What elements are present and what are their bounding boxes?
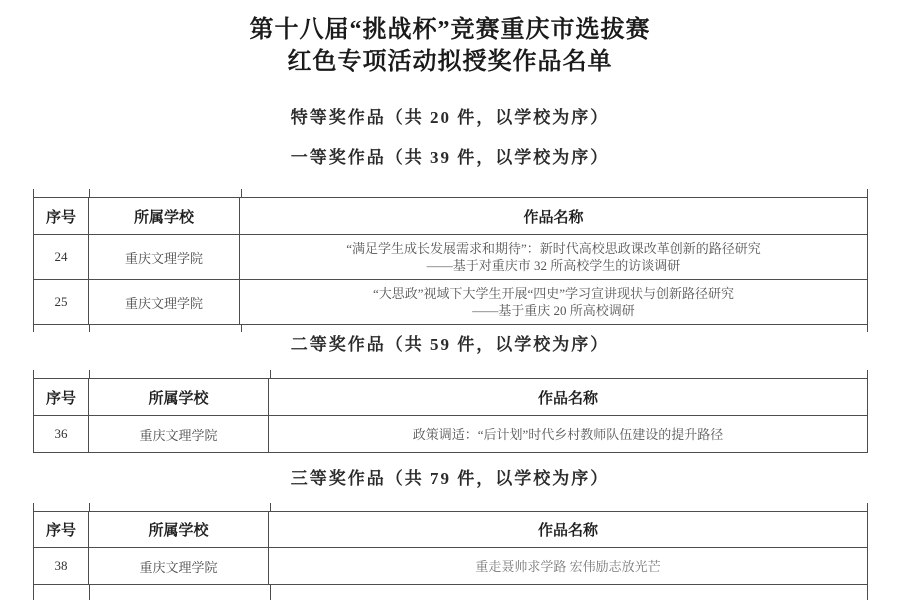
heading-second-prize: 二等奖作品（共 59 件，以学校为序） xyxy=(0,334,900,356)
work-subtitle-line: ——基于对重庆市 32 所高校学生的访谈调研 xyxy=(427,257,681,274)
col-header-work: 作品名称 xyxy=(269,379,867,415)
second-prize-table: 序号 所属学校 作品名称 36 重庆文理学院 政策调适：“后计划”时代乡村教师队… xyxy=(33,370,868,453)
table-row: 24 重庆文理学院 “满足学生成长发展需求和期待”：新时代高校思政课改革创新的路… xyxy=(33,234,868,279)
table-header-row: 序号 所属学校 作品名称 xyxy=(33,511,868,547)
col-header-no: 序号 xyxy=(34,379,89,415)
work-title-line: “满足学生成长发展需求和期待”：新时代高校思政课改革创新的路径研究 xyxy=(346,240,761,257)
table-header-row: 序号 所属学校 作品名称 xyxy=(33,197,868,234)
col-header-school: 所属学校 xyxy=(89,379,269,415)
table-row: 25 重庆文理学院 “大思政”视域下大学生开展“四史”学习宣讲现状与创新路径研究… xyxy=(33,279,868,324)
cell-no: 38 xyxy=(34,548,89,584)
cell-school: 重庆文理学院 xyxy=(89,235,240,279)
col-header-school: 所属学校 xyxy=(89,512,269,547)
table-row: 36 重庆文理学院 政策调适：“后计划”时代乡村教师队伍建设的提升路径 xyxy=(33,415,868,453)
document-page: 第十八届“挑战杯”竞赛重庆市选拔赛 红色专项活动拟授奖作品名单 特等奖作品（共 … xyxy=(0,0,900,600)
table-cut-row-stub-bottom xyxy=(33,324,868,332)
heading-third-prize: 三等奖作品（共 79 件，以学校为序） xyxy=(0,468,900,490)
table-cut-row-stub-bottom xyxy=(33,584,868,600)
col-header-work: 作品名称 xyxy=(240,198,867,234)
doc-title-line-2: 红色专项活动拟授奖作品名单 xyxy=(0,46,900,78)
first-prize-table: 序号 所属学校 作品名称 24 重庆文理学院 “满足学生成长发展需求和期待”：新… xyxy=(33,189,868,332)
work-title-line: 政策调适：“后计划”时代乡村教师队伍建设的提升路径 xyxy=(413,426,724,443)
work-title-line: 重走聂帅求学路 宏伟励志放光芒 xyxy=(475,558,660,575)
table-cut-row-stub-top xyxy=(33,189,868,197)
doc-title-line-1: 第十八届“挑战杯”竞赛重庆市选拔赛 xyxy=(0,14,900,46)
cell-no: 36 xyxy=(34,416,89,452)
third-prize-table: 序号 所属学校 作品名称 38 重庆文理学院 重走聂帅求学路 宏伟励志放光芒 xyxy=(33,503,868,600)
heading-first-prize: 一等奖作品（共 39 件，以学校为序） xyxy=(0,147,900,169)
table-cut-row-stub-top xyxy=(33,370,868,378)
cell-school: 重庆文理学院 xyxy=(89,416,269,452)
cell-work: “满足学生成长发展需求和期待”：新时代高校思政课改革创新的路径研究 ——基于对重… xyxy=(240,235,867,279)
work-subtitle-line: ——基于重庆 20 所高校调研 xyxy=(472,302,635,319)
cell-no: 25 xyxy=(34,280,89,324)
cell-work: “大思政”视域下大学生开展“四史”学习宣讲现状与创新路径研究 ——基于重庆 20… xyxy=(240,280,867,324)
cell-school: 重庆文理学院 xyxy=(89,280,240,324)
work-title-line: “大思政”视域下大学生开展“四史”学习宣讲现状与创新路径研究 xyxy=(373,285,734,302)
col-header-no: 序号 xyxy=(34,512,89,547)
table-header-row: 序号 所属学校 作品名称 xyxy=(33,378,868,415)
col-header-work: 作品名称 xyxy=(269,512,867,547)
cell-work: 政策调适：“后计划”时代乡村教师队伍建设的提升路径 xyxy=(269,416,867,452)
col-header-school: 所属学校 xyxy=(89,198,240,234)
table-row: 38 重庆文理学院 重走聂帅求学路 宏伟励志放光芒 xyxy=(33,547,868,584)
table-cut-row-stub-top xyxy=(33,503,868,511)
cell-no: 24 xyxy=(34,235,89,279)
cell-school: 重庆文理学院 xyxy=(89,548,269,584)
heading-special-prize: 特等奖作品（共 20 件，以学校为序） xyxy=(0,107,900,129)
cell-work: 重走聂帅求学路 宏伟励志放光芒 xyxy=(269,548,867,584)
col-header-no: 序号 xyxy=(34,198,89,234)
